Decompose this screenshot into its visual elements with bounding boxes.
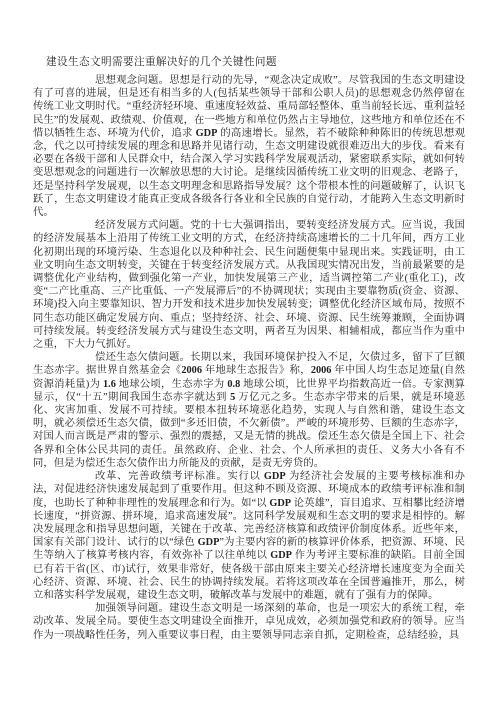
paragraph-ideology: 思想观念问题。思想是行动的先导，“观念决定成败”。尽管我国的生态文明建设有了可喜… <box>33 74 465 219</box>
document-page: 建设生态文明需要注重解决好的几个关键性问题 思想观念问题。思想是行动的先导，“观… <box>0 0 496 702</box>
paragraph-ecological-debt: 偿还生态欠债问题。长期以来，我国环境保护投入不足，欠债过多，留下了巨额生态赤字。… <box>33 351 465 470</box>
paragraph-development-mode: 经济发展方式问题。党的十七大强调指出，要转变经济发展方式。应当说，我国的经济发展… <box>33 219 465 351</box>
paragraph-performance-evaluation: 改革、完善政绩考评标准。实行以 GDP 为经济社会发展的主要考核标准和办法，对促… <box>33 470 465 602</box>
document-title: 建设生态文明需要注重解决好的几个关键性问题 <box>33 56 465 70</box>
paragraph-leadership: 加强领导问题。建设生态文明是一场深刻的革命，也是一项宏大的系统工程，牵动改革、发… <box>33 602 465 642</box>
document-body: 建设生态文明需要注重解决好的几个关键性问题 思想观念问题。思想是行动的先导，“观… <box>33 56 465 642</box>
